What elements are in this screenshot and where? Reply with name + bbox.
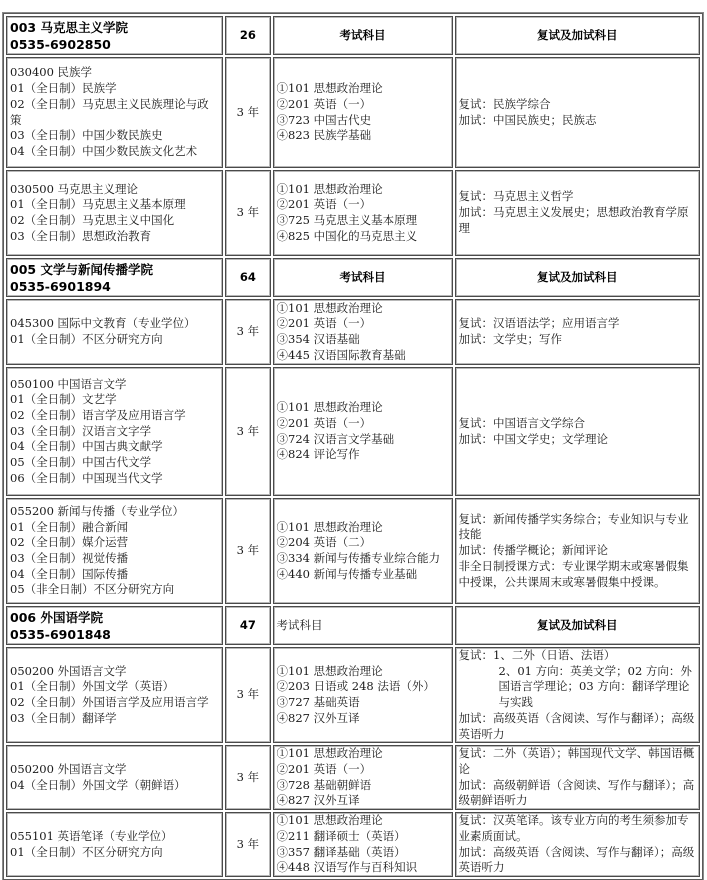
additional-test-line: 加试：马克思主义发展史；思想政治教育学原理 (459, 205, 696, 236)
study-years: 3 年 (225, 498, 270, 604)
exam-subjects: ①101 思想政治理论 ②201 英语（一） ③723 中国古代史 ④823 民… (273, 57, 453, 168)
exam-subjects: ①101 思想政治理论 ②201 英语（一） ③354 汉语基础 ④445 汉语… (273, 299, 453, 365)
research-direction: 01（全日制）民族学 (10, 81, 219, 97)
exam-subject: ①101 思想政治理论 (277, 400, 449, 416)
program-info: 050200 外国语言文学 04（全日制）外国文学（朝鲜语） (6, 745, 223, 810)
additional-test-line: 加试：高级英语（含阅读、写作与翻译）；高级英语听力 (459, 711, 696, 742)
exam-subjects-header: 考试科目 (273, 16, 453, 55)
retest-line: 2、01 方向：英美文学；02 方向：外国语言学理论；03 方向：翻译学理论与实… (459, 664, 696, 711)
additional-test-line: 加试：文学史；写作 (459, 332, 696, 348)
research-direction: 02（全日制）马克思主义民族理论与政策 (10, 97, 219, 128)
research-direction: 04（全日制）国际传播 (10, 567, 219, 583)
program-code-name: 045300 国际中文教育（专业学位） (10, 316, 219, 332)
research-direction: 06（全日制）中国现当代文学 (10, 471, 219, 487)
research-direction: 02（全日制）语言学及应用语言学 (10, 408, 219, 424)
program-info: 055101 英语笔译（专业学位） 01（全日制）不区分研究方向 (6, 812, 223, 877)
program-info: 030400 民族学 01（全日制）民族学 02（全日制）马克思主义民族理论与政… (6, 57, 223, 168)
exam-subject: ③724 汉语言文学基础 (277, 432, 449, 448)
program-info: 045300 国际中文教育（专业学位） 01（全日制）不区分研究方向 (6, 299, 223, 365)
exam-subjects: ①101 思想政治理论 ②201 英语（一） ③724 汉语言文学基础 ④824… (273, 367, 453, 496)
retest-line: 复试：1、二外（日语、法语） (459, 648, 696, 664)
exam-subject: ①101 思想政治理论 (277, 746, 449, 762)
exam-subject: ①101 思想政治理论 (277, 301, 449, 317)
exam-subject: ④448 汉语写作与百科知识 (277, 860, 449, 876)
research-direction: 03（全日制）思想政治教育 (10, 229, 219, 245)
exam-subject: ②201 英语（一） (277, 762, 449, 778)
additional-test-line: 加试：传播学概论；新闻评论 (459, 543, 696, 559)
admissions-table: 003 马克思主义学院 0535-6902850 26 考试科目 复试及加试科目… (3, 13, 703, 880)
school-header-row: 006 外国语学院 0535-6901848 47 考试科目 复试及加试科目 (6, 606, 700, 645)
exam-subject: ③727 基础英语 (277, 695, 449, 711)
exam-subjects: ①101 思想政治理论 ②203 日语或 248 法语（外） ③727 基础英语… (273, 647, 453, 743)
school-cell: 003 马克思主义学院 0535-6902850 (6, 16, 223, 55)
school-name: 005 文学与新闻传播学院 (10, 261, 219, 278)
research-direction: 04（全日制）中国少数民族文化艺术 (10, 144, 219, 160)
research-direction: 01（全日制）融合新闻 (10, 520, 219, 536)
study-years: 3 年 (225, 647, 270, 743)
additional-test-line: 加试：高级朝鲜语（含阅读、写作与翻译）；高级朝鲜语听力 (459, 778, 696, 809)
retest-subjects-header: 复试及加试科目 (455, 258, 700, 297)
exam-subjects: ①101 思想政治理论 ②211 翻译硕士（英语） ③357 翻译基础（英语） … (273, 812, 453, 877)
school-name: 003 马克思主义学院 (10, 19, 219, 36)
program-code-name: 050200 外国语言文学 (10, 664, 219, 680)
retest-line: 复试：中国语言文学综合 (459, 416, 696, 432)
research-direction: 01（全日制）不区分研究方向 (10, 332, 219, 348)
exam-subject: ③354 汉语基础 (277, 332, 449, 348)
research-direction: 02（全日制）马克思主义中国化 (10, 213, 219, 229)
additional-test-line: 加试：高级英语（含阅读、写作与翻译）；高级英语听力 (459, 845, 696, 876)
exam-subject: ④824 评论写作 (277, 447, 449, 463)
research-direction: 03（全日制）翻译学 (10, 711, 219, 727)
program-code-name: 050100 中国语言文学 (10, 377, 219, 393)
retest-line: 复试：民族学综合 (459, 97, 696, 113)
research-direction: 01（全日制）不区分研究方向 (10, 845, 219, 861)
research-direction: 05（全日制）中国古代文学 (10, 455, 219, 471)
school-cell: 005 文学与新闻传播学院 0535-6901894 (6, 258, 223, 297)
research-direction: 04（全日制）外国文学（朝鲜语） (10, 778, 219, 794)
research-direction: 01（全日制）文艺学 (10, 392, 219, 408)
research-direction: 03（全日制）中国少数民族史 (10, 128, 219, 144)
retest-line: 复试：二外（英语）；韩国现代文学、韩国语概论 (459, 746, 696, 777)
exam-subject: ②203 日语或 248 法语（外） (277, 679, 449, 695)
exam-subject: ①101 思想政治理论 (277, 664, 449, 680)
retest-line: 复试：马克思主义哲学 (459, 189, 696, 205)
program-info: 050100 中国语言文学 01（全日制）文艺学 02（全日制）语言学及应用语言… (6, 367, 223, 496)
retest-line: 复试：汉语语法学；应用语言学 (459, 316, 696, 332)
exam-subject: ①101 思想政治理论 (277, 182, 449, 198)
retest-subjects-header: 复试及加试科目 (455, 606, 700, 645)
program-info: 050200 外国语言文学 01（全日制）外国文学（英语） 02（全日制）外国语… (6, 647, 223, 743)
research-direction: 02（全日制）外国语言学及应用语言学 (10, 695, 219, 711)
research-direction: 02（全日制）媒介运营 (10, 535, 219, 551)
school-header-row: 005 文学与新闻传播学院 0535-6901894 64 考试科目 复试及加试… (6, 258, 700, 297)
program-row: 030400 民族学 01（全日制）民族学 02（全日制）马克思主义民族理论与政… (6, 57, 700, 168)
exam-subject: ④440 新闻与传播专业基础 (277, 567, 449, 583)
retest-subjects: 复试：1、二外（日语、法语） 2、01 方向：英美文学；02 方向：外国语言学理… (455, 647, 700, 743)
enrollment-quota: 64 (225, 258, 270, 297)
program-code-name: 055200 新闻与传播（专业学位） (10, 504, 219, 520)
exam-subject: ④827 汉外互译 (277, 711, 449, 727)
school-phone: 0535-6901848 (10, 626, 219, 643)
exam-subject: ①101 思想政治理论 (277, 520, 449, 536)
school-name: 006 外国语学院 (10, 609, 219, 626)
research-direction: 03（全日制）汉语言文字学 (10, 424, 219, 440)
retest-subjects: 复试：中国语言文学综合 加试：中国文学史；文学理论 (455, 367, 700, 496)
retest-line: 复试：新闻传播学实务综合；专业知识与专业技能 (459, 512, 696, 543)
program-row: 050200 外国语言文学 01（全日制）外国文学（英语） 02（全日制）外国语… (6, 647, 700, 743)
exam-subject: ②201 英语（一） (277, 197, 449, 213)
additional-test-line: 加试：中国民族史；民族志 (459, 113, 696, 129)
exam-subject: ④825 中国化的马克思主义 (277, 229, 449, 245)
study-years: 3 年 (225, 745, 270, 810)
enrollment-quota: 26 (225, 16, 270, 55)
research-direction: 03（全日制）视觉传播 (10, 551, 219, 567)
school-cell: 006 外国语学院 0535-6901848 (6, 606, 223, 645)
exam-subject: ③357 翻译基础（英语） (277, 845, 449, 861)
exam-subject: ④827 汉外互译 (277, 793, 449, 809)
table-body: 003 马克思主义学院 0535-6902850 26 考试科目 复试及加试科目… (6, 16, 700, 877)
exam-subject: ④823 民族学基础 (277, 128, 449, 144)
retest-subjects: 复试：马克思主义哲学 加试：马克思主义发展史；思想政治教育学原理 (455, 170, 700, 256)
retest-subjects: 复试：新闻传播学实务综合；专业知识与专业技能 加试：传播学概论；新闻评论 非全日… (455, 498, 700, 604)
study-years: 3 年 (225, 170, 270, 256)
exam-subject: ③728 基础朝鲜语 (277, 778, 449, 794)
retest-subjects: 复试：汉英笔译。该专业方向的考生须参加专业素质面试。 加试：高级英语（含阅读、写… (455, 812, 700, 877)
program-row: 045300 国际中文教育（专业学位） 01（全日制）不区分研究方向 3 年 ①… (6, 299, 700, 365)
program-row: 055200 新闻与传播（专业学位） 01（全日制）融合新闻 02（全日制）媒介… (6, 498, 700, 604)
program-row: 050200 外国语言文学 04（全日制）外国文学（朝鲜语） 3 年 ①101 … (6, 745, 700, 810)
exam-subject: ①101 思想政治理论 (277, 81, 449, 97)
exam-subjects: ①101 思想政治理论 ②201 英语（一） ③725 马克思主义基本原理 ④8… (273, 170, 453, 256)
exam-subject: ③723 中国古代史 (277, 113, 449, 129)
exam-subject: ②204 英语（二） (277, 535, 449, 551)
program-code-name: 030400 民族学 (10, 65, 219, 81)
exam-subject: ④445 汉语国际教育基础 (277, 348, 449, 364)
school-phone: 0535-6902850 (10, 36, 219, 53)
school-phone: 0535-6901894 (10, 278, 219, 295)
exam-subjects: ①101 思想政治理论 ②204 英语（二） ③334 新闻与传播专业综合能力 … (273, 498, 453, 604)
exam-subject: ③725 马克思主义基本原理 (277, 213, 449, 229)
exam-subject: ②201 英语（一） (277, 97, 449, 113)
study-years: 3 年 (225, 57, 270, 168)
retest-subjects: 复试：汉语语法学；应用语言学 加试：文学史；写作 (455, 299, 700, 365)
exam-subject: ②201 英语（一） (277, 416, 449, 432)
program-info: 030500 马克思主义理论 01（全日制）马克思主义基本原理 02（全日制）马… (6, 170, 223, 256)
research-direction: 05（非全日制）不区分研究方向 (10, 582, 219, 598)
exam-subject: ②211 翻译硕士（英语） (277, 829, 449, 845)
research-direction: 01（全日制）马克思主义基本原理 (10, 197, 219, 213)
research-direction: 04（全日制）中国古典文献学 (10, 439, 219, 455)
part-time-note: 非全日制授课方式：专业课学期末或寒暑假集中授课，公共课周末或寒暑假集中授课。 (459, 559, 696, 590)
study-years: 3 年 (225, 812, 270, 877)
program-info: 055200 新闻与传播（专业学位） 01（全日制）融合新闻 02（全日制）媒介… (6, 498, 223, 604)
program-code-name: 055101 英语笔译（专业学位） (10, 829, 219, 845)
program-row: 050100 中国语言文学 01（全日制）文艺学 02（全日制）语言学及应用语言… (6, 367, 700, 496)
program-row: 030500 马克思主义理论 01（全日制）马克思主义基本原理 02（全日制）马… (6, 170, 700, 256)
retest-subjects-header: 复试及加试科目 (455, 16, 700, 55)
program-row: 055101 英语笔译（专业学位） 01（全日制）不区分研究方向 3 年 ①10… (6, 812, 700, 877)
retest-line: 复试：汉英笔译。该专业方向的考生须参加专业素质面试。 (459, 813, 696, 844)
exam-subject: ②201 英语（一） (277, 316, 449, 332)
retest-subjects: 复试：民族学综合 加试：中国民族史；民族志 (455, 57, 700, 168)
exam-subject: ③334 新闻与传播专业综合能力 (277, 551, 449, 567)
exam-subject: ①101 思想政治理论 (277, 813, 449, 829)
enrollment-quota: 47 (225, 606, 270, 645)
exam-subjects: ①101 思想政治理论 ②201 英语（一） ③728 基础朝鲜语 ④827 汉… (273, 745, 453, 810)
retest-subjects: 复试：二外（英语）；韩国现代文学、韩国语概论 加试：高级朝鲜语（含阅读、写作与翻… (455, 745, 700, 810)
study-years: 3 年 (225, 299, 270, 365)
exam-subjects-header: 考试科目 (273, 258, 453, 297)
additional-test-line: 加试：中国文学史；文学理论 (459, 432, 696, 448)
research-direction: 01（全日制）外国文学（英语） (10, 679, 219, 695)
program-code-name: 050200 外国语言文学 (10, 762, 219, 778)
exam-subjects-header: 考试科目 (273, 606, 453, 645)
school-header-row: 003 马克思主义学院 0535-6902850 26 考试科目 复试及加试科目 (6, 16, 700, 55)
study-years: 3 年 (225, 367, 270, 496)
program-code-name: 030500 马克思主义理论 (10, 182, 219, 198)
